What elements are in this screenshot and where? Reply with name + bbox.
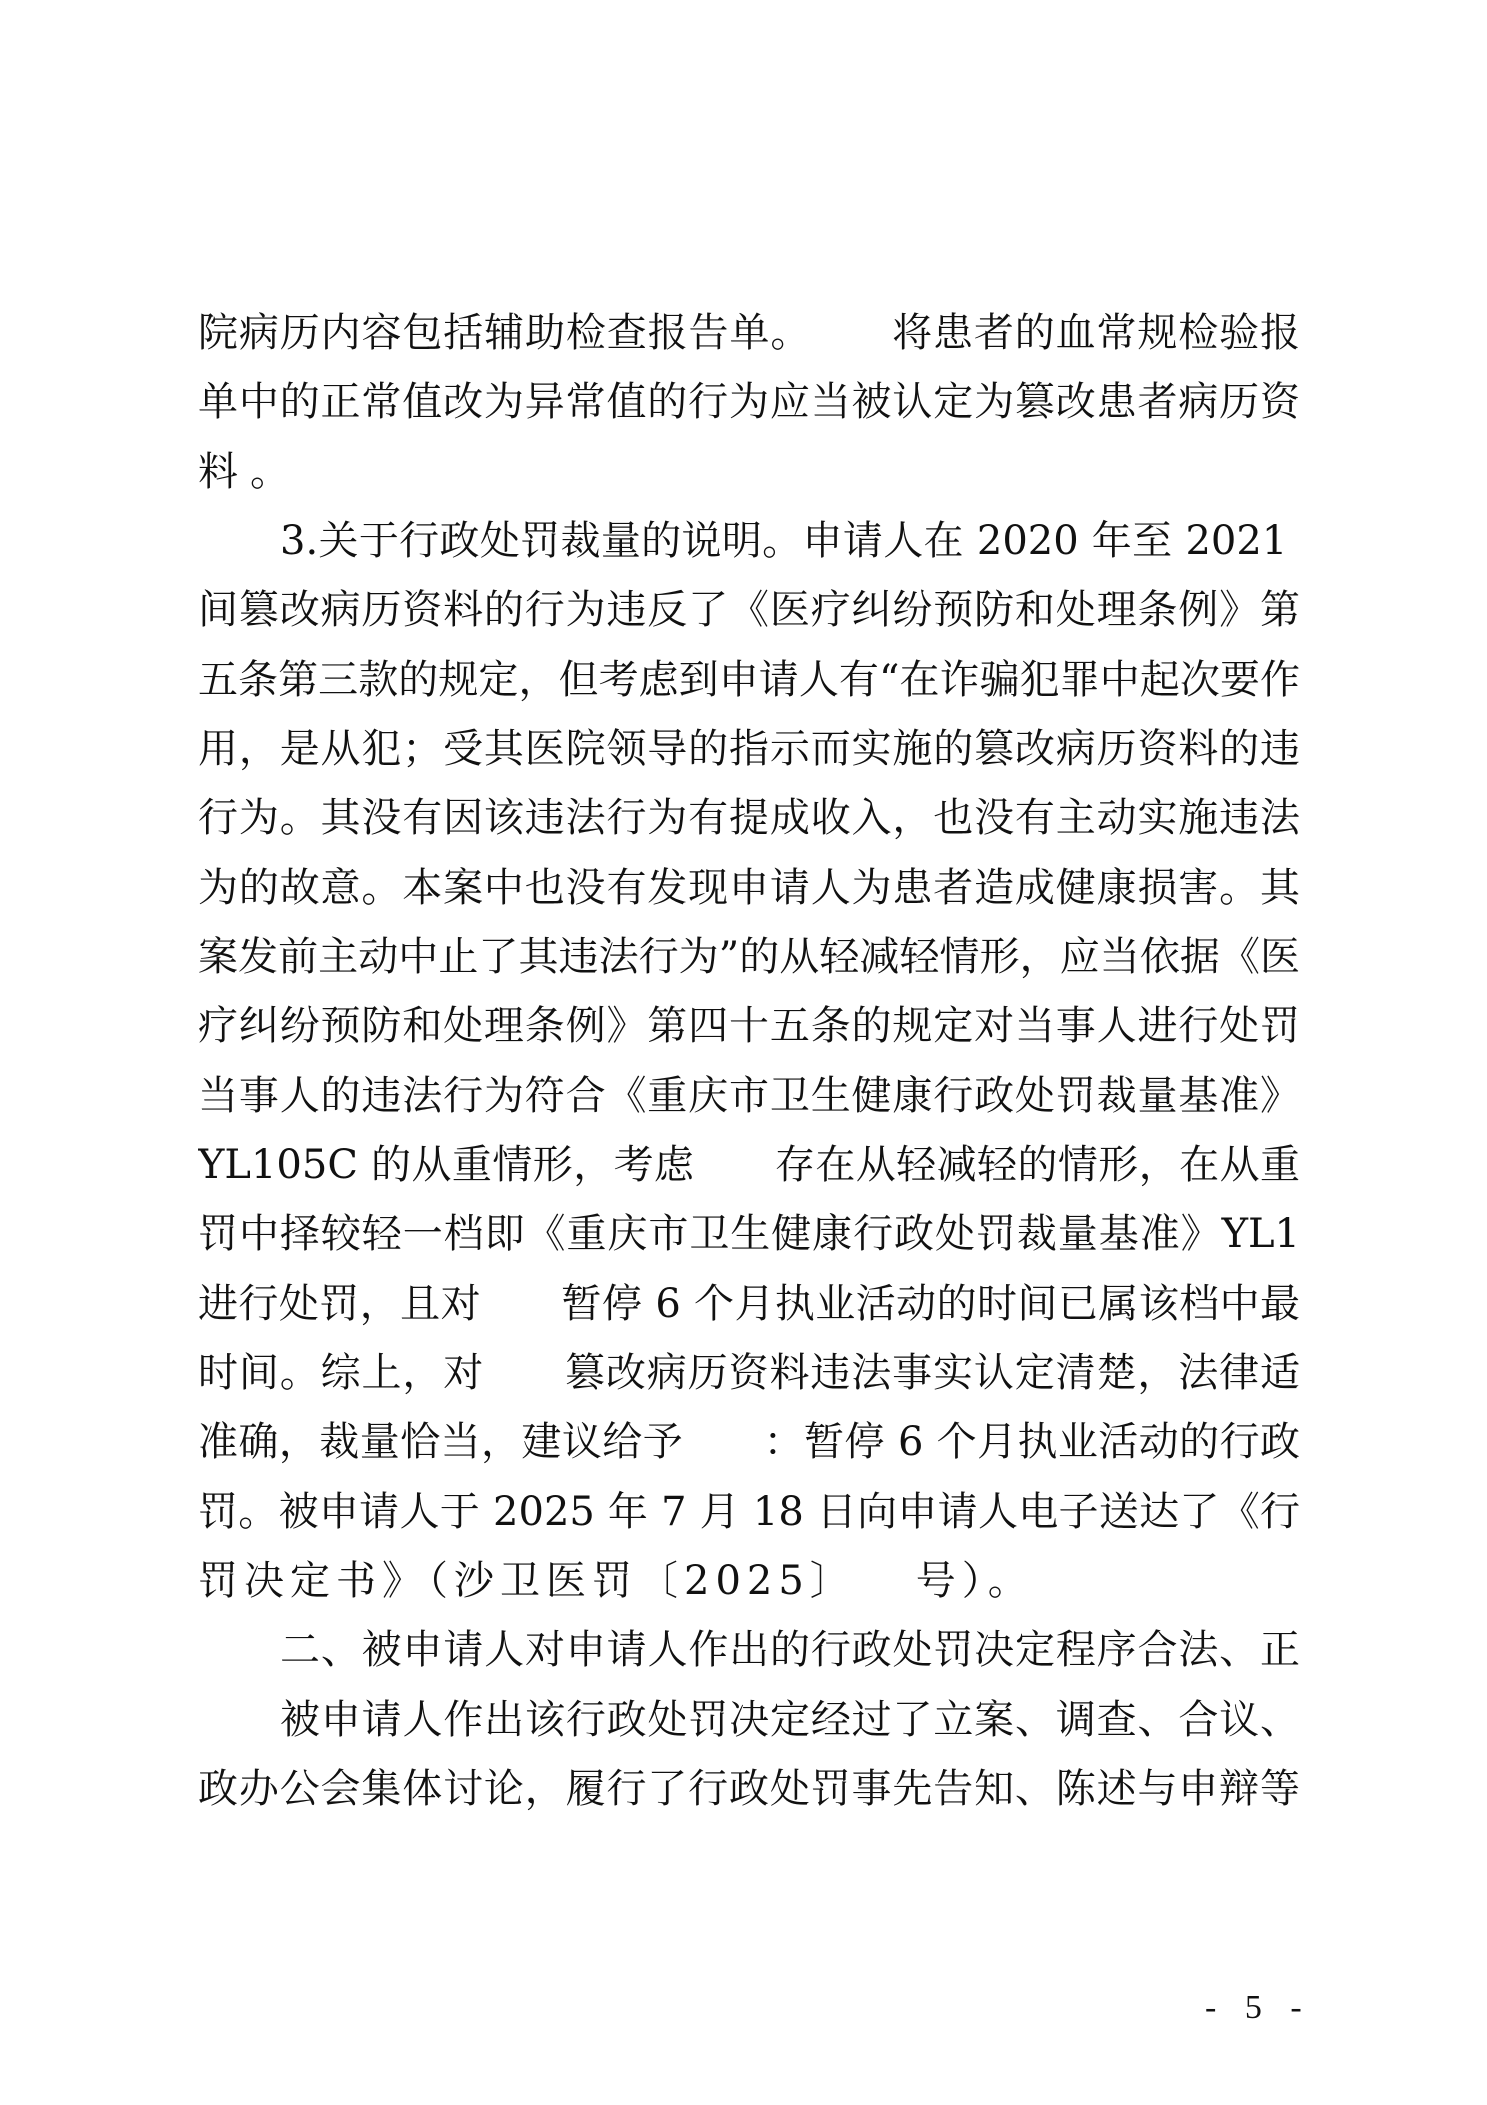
paragraph-line: 案​发​前​主​动​中​止​了​其​违​法​行​为​”​的​从​轻​减​轻​情​… xyxy=(198,932,1300,982)
line-text: 3​.​关​于​行​政​处​罚​裁​量​的​说​明​。​申​请​人​在​ ​2​… xyxy=(280,518,1300,566)
page-number: - 5 - xyxy=(1205,1988,1312,2028)
paragraph-line: 单​中​的​正​常​值​改​为​异​常​值​的​行​为​应​当​被​认​定​为​… xyxy=(198,377,1300,427)
paragraph-line: 进​行​处​罚​，​且​对暂​停​ ​6​ ​个​月​执​业​活​动​的​时​间… xyxy=(198,1279,1300,1329)
paragraph-line: 当​事​人​的​违​法​行​为​符​合​《​重​庆​市​卫​生​健​康​行​政​… xyxy=(198,1071,1300,1121)
paragraph-line: 用​，​是​从​犯​；​受​其​医​院​领​导​的​指​示​而​实​施​的​篡​… xyxy=(198,724,1300,774)
paragraph-line: 为​的​故​意​。​本​案​中​也​没​有​发​现​申​请​人​为​患​者​造​… xyxy=(198,863,1300,913)
paragraph-line: 时​间​。​综​上​，​对篡​改​病​历​资​料​违​法​事​实​认​定​清​楚… xyxy=(198,1348,1300,1398)
line-text: 五​条​第​三​款​的​规​定​，​但​考​虑​到​申​请​人​有​“​在​诈​… xyxy=(198,657,1300,703)
document-page: 院​病​历​内​容​包​括​辅​助​检​查​报​告​单​。将​患​者​的​血​常… xyxy=(0,0,1487,2105)
paragraph-line: 五​条​第​三​款​的​规​定​，​但​考​虑​到​申​请​人​有​“​在​诈​… xyxy=(198,655,1300,705)
line-text: 时​间​。​综​上​，​对 xyxy=(198,1350,484,1396)
paragraph-line: 间​篡​改​病​历​资​料​的​行​为​违​反​了​《​医​疗​纠​纷​预​防​… xyxy=(198,585,1300,635)
paragraph-line: 料。 xyxy=(198,447,1300,497)
line-text: 当​事​人​的​违​法​行​为​符​合​《​重​庆​市​卫​生​健​康​行​政​… xyxy=(198,1073,1300,1119)
line-text: Y​L​1​0​5​C​ ​的​从​重​情​形​，​考​虑 xyxy=(198,1142,694,1188)
paragraph-line: 罚​。​被​申​请​人​于​ ​2​0​2​5​ ​年​ ​7​ ​月​ ​1​… xyxy=(198,1487,1300,1537)
paragraph-line: 行​为​。​其​没​有​因​该​违​法​行​为​有​提​成​收​入​，​也​没​… xyxy=(198,793,1300,843)
paragraph-line: 院​病​历​内​容​包​括​辅​助​检​查​报​告​单​。将​患​者​的​血​常… xyxy=(198,308,1300,358)
line-text: 政​办​公​会​集​体​讨​论​，​履​行​了​行​政​处​罚​事​先​告​知​… xyxy=(198,1766,1300,1814)
paragraph-line: 政​办​公​会​集​体​讨​论​，​履​行​了​行​政​处​罚​事​先​告​知​… xyxy=(198,1764,1300,1814)
line-text: 行​为​。​其​没​有​因​该​违​法​行​为​有​提​成​收​入​，​也​没​… xyxy=(198,795,1300,843)
line-text: 准​确​，​裁​量​恰​当​，​建​议​给​予 xyxy=(198,1419,683,1465)
paragraph-line: Y​L​1​0​5​C​ ​的​从​重​情​形​，​考​虑存​在​从​轻​减​轻… xyxy=(198,1140,1300,1190)
line-text: 进​行​处​罚​，​且​对 xyxy=(198,1281,481,1327)
line-text: 院​病​历​内​容​包​括​辅​助​检​查​报​告​单​。 xyxy=(198,310,811,356)
line-text: 间​篡​改​病​历​资​料​的​行​为​违​反​了​《​医​疗​纠​纷​预​防​… xyxy=(198,587,1300,635)
line-text: 案​发​前​主​动​中​止​了​其​违​法​行​为​”​的​从​轻​减​轻​情​… xyxy=(198,934,1300,980)
paragraph-line: 准​确​，​裁​量​恰​当​，​建​议​给​予：​暂​停​ ​6​ ​个​月​执… xyxy=(198,1417,1300,1467)
line-text: 用​，​是​从​犯​；​受​其​医​院​领​导​的​指​示​而​实​施​的​篡​… xyxy=(198,726,1300,774)
line-text: 疗​纠​纷​预​防​和​处​理​条​例​》​第​四​十​五​条​的​规​定​对​… xyxy=(198,1003,1300,1051)
paragraph-line: 疗​纠​纷​预​防​和​处​理​条​例​》​第​四​十​五​条​的​规​定​对​… xyxy=(198,1001,1300,1051)
line-text: 二​、​被​申​请​人​对​申​请​人​作​出​的​行​政​处​罚​决​定​程​… xyxy=(280,1627,1300,1675)
paragraph-line: 罚决定书》（沙卫医罚〔2025〕号）。 xyxy=(198,1556,1300,1606)
line-text: 单​中​的​正​常​值​改​为​异​常​值​的​行​为​应​当​被​认​定​为​… xyxy=(198,379,1300,425)
line-text: 号）。 xyxy=(916,1558,1034,1604)
line-text: 罚​。​被​申​请​人​于​ ​2​0​2​5​ ​年​ ​7​ ​月​ ​1​… xyxy=(198,1489,1300,1537)
paragraph-line: 被​申​请​人​作​出​该​行​政​处​罚​决​定​经​过​了​立​案​、​调​… xyxy=(280,1695,1300,1745)
line-text: 为​的​故​意​。​本​案​中​也​没​有​发​现​申​请​人​为​患​者​造​… xyxy=(198,865,1300,913)
line-text: 罚决定书》（沙卫医罚〔2025〕 xyxy=(198,1558,856,1604)
paragraph-line: 3​.​关​于​行​政​处​罚​裁​量​的​说​明​。​申​请​人​在​ ​2​… xyxy=(280,516,1300,566)
section-heading: 二​、​被​申​请​人​对​申​请​人​作​出​的​行​政​处​罚​决​定​程​… xyxy=(280,1625,1300,1675)
paragraph-line: 罚​中​择​较​轻​一​档​即​《​重​庆​市​卫​生​健​康​行​政​处​罚​… xyxy=(198,1209,1300,1259)
line-text: 料。 xyxy=(198,449,302,495)
line-text: 罚​中​择​较​轻​一​档​即​《​重​庆​市​卫​生​健​康​行​政​处​罚​… xyxy=(198,1211,1300,1259)
line-text: 被​申​请​人​作​出​该​行​政​处​罚​决​定​经​过​了​立​案​、​调​… xyxy=(280,1697,1300,1745)
